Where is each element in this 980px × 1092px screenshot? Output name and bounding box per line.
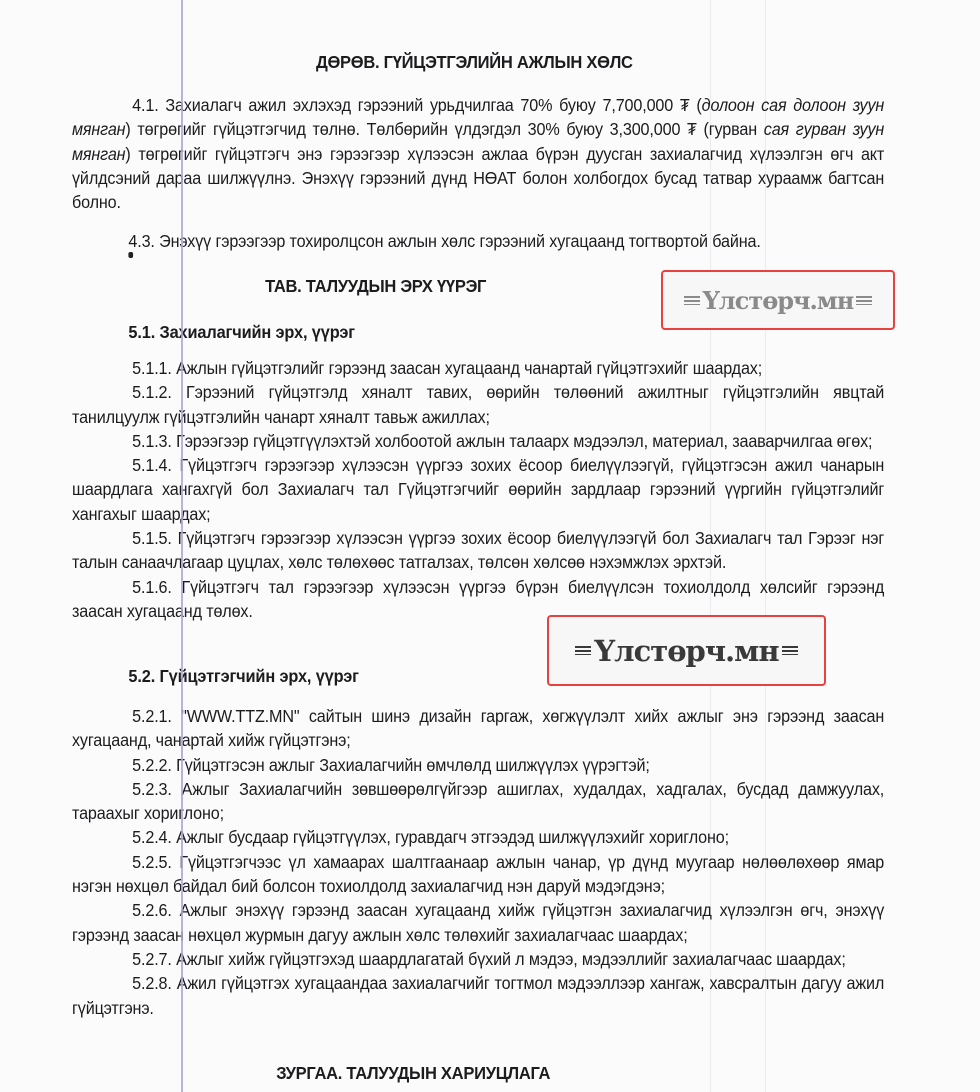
clause-item: 5.1.5. Гүйцэтгэгч гэрээгээр хүлээсэн үүр…	[72, 526, 884, 575]
clause-item: 5.2.5. Гүйцэтгэгчээс үл хамаарах шалтгаа…	[72, 850, 884, 899]
watermark-text: Үлстөрч.мн	[594, 634, 778, 668]
clause-item: 5.2.7. Ажлыг хийж гүйцэтгэхэд шаардлагат…	[72, 947, 884, 971]
margin-line	[181, 0, 183, 1092]
subsection-5-1-title: 5.1. Захиалагчийн эрх, үүрэг	[128, 320, 354, 344]
clause-item: 5.1.1. Ажлын гүйцэтгэлийг гэрээнд заасан…	[72, 356, 884, 380]
section-6-heading: ЗУРГАА. ТАЛУУДЫН ХАРИУЦЛАГА	[72, 1061, 754, 1085]
watermark-box: Үлстөрч.мн	[661, 270, 895, 330]
watermark-text: Үлстөрч.мн	[703, 286, 854, 315]
clause-number: 4.1.	[132, 95, 158, 115]
clause-item: 5.2.6. Ажлыг энэхүү гэрээнд заасан хугац…	[72, 898, 884, 947]
clause-item: 5.1.2. Гэрээний гүйцэтгэлд хяналт тавих,…	[72, 380, 884, 429]
watermark-box: Үлстөрч.мн	[547, 615, 826, 686]
scanned-page: ДӨРӨВ. ГҮЙЦЭТГЭЛИЙН АЖЛЫН ХӨЛС 4.1. Захи…	[0, 0, 980, 1092]
wing-icon	[575, 646, 591, 655]
wing-icon	[684, 296, 700, 305]
section-5-heading: ТАВ. ТАЛУУДЫН ЭРХ ҮҮРЭГ	[72, 274, 679, 298]
clause-text: ) төгрөгийг гүйцэтгэгч энэ гэрээгээр хүл…	[72, 144, 884, 213]
clause-4-3: 4.3. Энэхүү гэрээгээр тохиролцсон ажлын …	[128, 229, 899, 253]
section-4-heading: ДӨРӨВ. ГҮЙЦЭТГЭЛИЙН АЖЛЫН ХӨЛС	[72, 50, 877, 74]
clause-item: 5.2.3. Ажлыг Захиалагчийн зөвшөөрөлгүйгэ…	[72, 777, 884, 826]
clause-4-1: 4.1. Захиалагч ажил эхлэхэд гэрээний урь…	[72, 93, 884, 214]
subsection-5-2-title: 5.2. Гүйцэтгэгчийн эрх, үүрэг	[128, 664, 358, 688]
clause-item: 5.2.1. "WWW.TTZ.MN" сайтын шинэ дизайн г…	[72, 704, 884, 753]
clause-text: ) төгрөгийг гүйцэтгэгчид төлнө. Төлбөрий…	[125, 119, 763, 139]
wing-icon	[856, 296, 872, 305]
clause-item: 5.2.2. Гүйцэтгэсэн ажлыг Захиалагчийн өм…	[72, 753, 884, 777]
clause-list-5-1: 5.1.1. Ажлын гүйцэтгэлийг гэрээнд заасан…	[72, 356, 884, 623]
clause-item: 5.2.4. Ажлыг бусдаар гүйцэтгүүлэх, гурав…	[72, 825, 884, 849]
clause-text: Захиалагч ажил эхлэхэд гэрээний урьдчилг…	[159, 95, 702, 115]
clause-text-italic: долоон	[702, 95, 755, 115]
clause-item: 5.2.8. Ажил гүйцэтгэх хугацаандаа захиал…	[72, 971, 884, 1020]
clause-item: 5.1.4. Гүйцэтгэгч гэрээгээр хүлээсэн үүр…	[72, 453, 884, 526]
clause-item: 5.1.3. Гэрээгээр гүйцэтгүүлэхтэй холбоот…	[72, 429, 884, 453]
wing-icon	[782, 646, 798, 655]
clause-list-5-2: 5.2.1. "WWW.TTZ.MN" сайтын шинэ дизайн г…	[72, 704, 884, 1020]
